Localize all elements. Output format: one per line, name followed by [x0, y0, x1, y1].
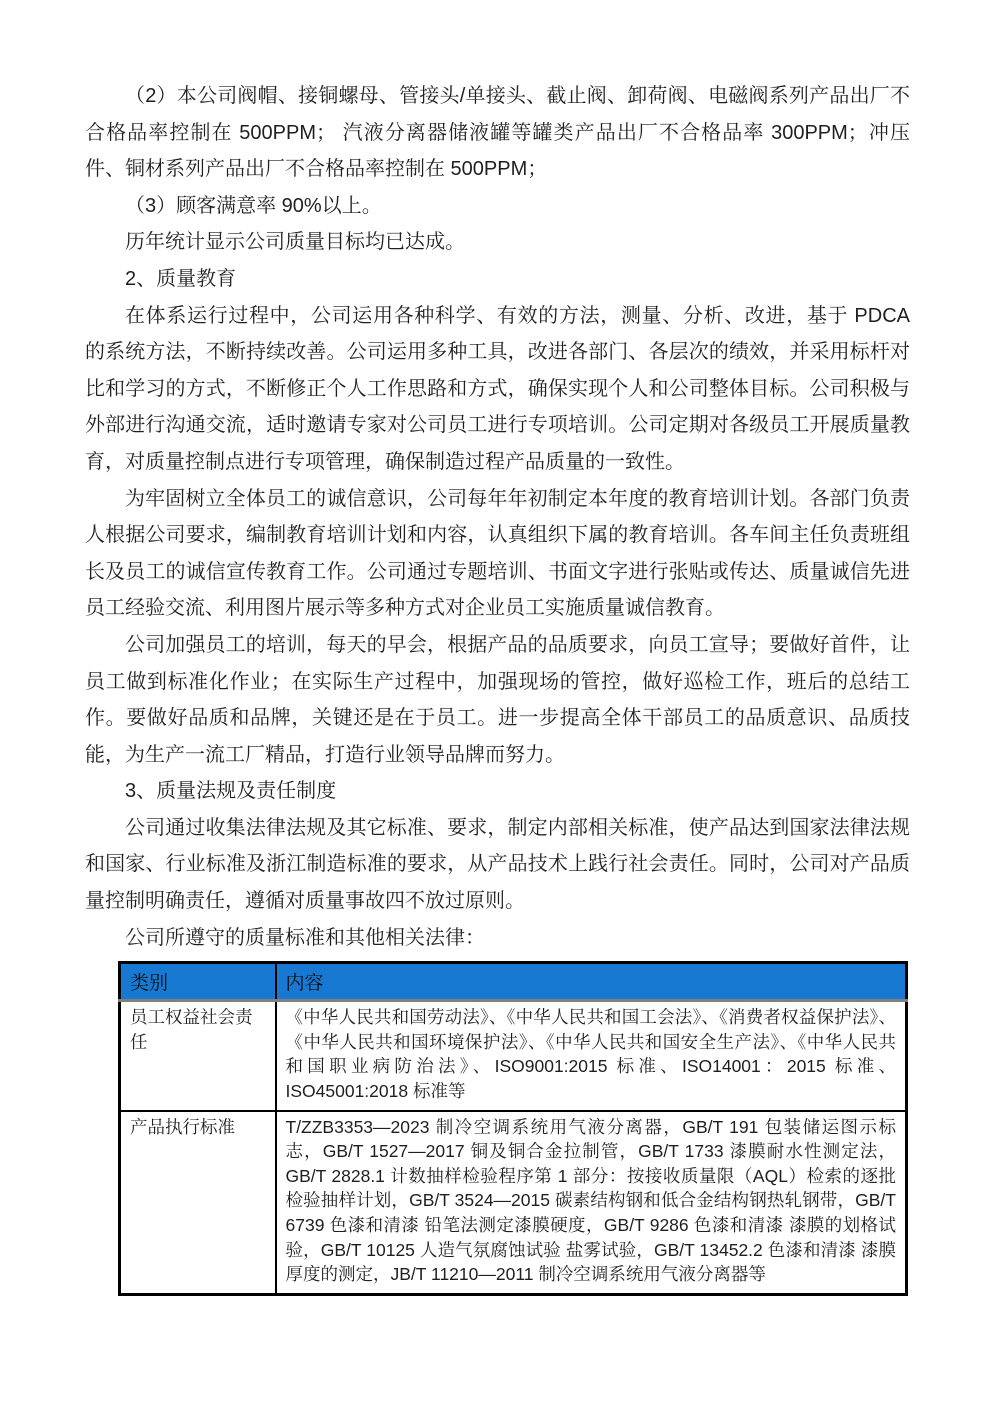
paragraph: 历年统计显示公司质量目标均已达成。	[85, 224, 910, 261]
content-cell: 《中华人民共和国劳动法》、《中华人民共和国工会法》、《消费者权益保护法》、《中华…	[276, 1001, 907, 1111]
table-header-category: 类别	[120, 963, 276, 1001]
paragraph: （2）本公司阀帽、接铜螺母、管接头/单接头、截止阀、卸荷阀、电磁阀系列产品出厂不…	[85, 78, 910, 188]
paragraph: 公司加强员工的培训，每天的早会，根据产品的品质要求，向员工宣导；要做好首件，让员…	[85, 627, 910, 773]
document-body: （2）本公司阀帽、接铜螺母、管接头/单接头、截止阀、卸荷阀、电磁阀系列产品出厂不…	[85, 78, 910, 956]
content-cell: T/ZZB3353—2023 制冷空调系统用气液分离器，GB/T 191 包装储…	[276, 1111, 907, 1295]
document-page: （2）本公司阀帽、接铜螺母、管接头/单接头、截止阀、卸荷阀、电磁阀系列产品出厂不…	[0, 0, 1000, 1413]
quality-standards-table: 类别 内容 员工权益社会责任《中华人民共和国劳动法》、《中华人民共和国工会法》、…	[118, 961, 908, 1296]
table-header-content: 内容	[276, 963, 907, 1001]
paragraph: 公司通过收集法律法规及其它标准、要求，制定内部相关标准，使产品达到国家法律法规和…	[85, 810, 910, 920]
table-row: 员工权益社会责任《中华人民共和国劳动法》、《中华人民共和国工会法》、《消费者权益…	[120, 1001, 907, 1111]
category-cell: 产品执行标准	[120, 1111, 276, 1295]
table-row: 产品执行标准T/ZZB3353—2023 制冷空调系统用气液分离器，GB/T 1…	[120, 1111, 907, 1295]
paragraph: （3）顾客满意率 90%以上。	[85, 188, 910, 225]
paragraph: 3、质量法规及责任制度	[85, 773, 910, 810]
paragraph: 在体系运行过程中，公司运用各种科学、有效的方法，测量、分析、改进，基于 PDCA…	[85, 298, 910, 481]
paragraph: 公司所遵守的质量标准和其他相关法律：	[85, 920, 910, 957]
paragraph: 2、质量教育	[85, 261, 910, 298]
table-header-row: 类别 内容	[120, 963, 907, 1001]
category-cell: 员工权益社会责任	[120, 1001, 276, 1111]
paragraph: 为牢固树立全体员工的诚信意识，公司每年年初制定本年度的教育培训计划。各部门负责人…	[85, 481, 910, 627]
